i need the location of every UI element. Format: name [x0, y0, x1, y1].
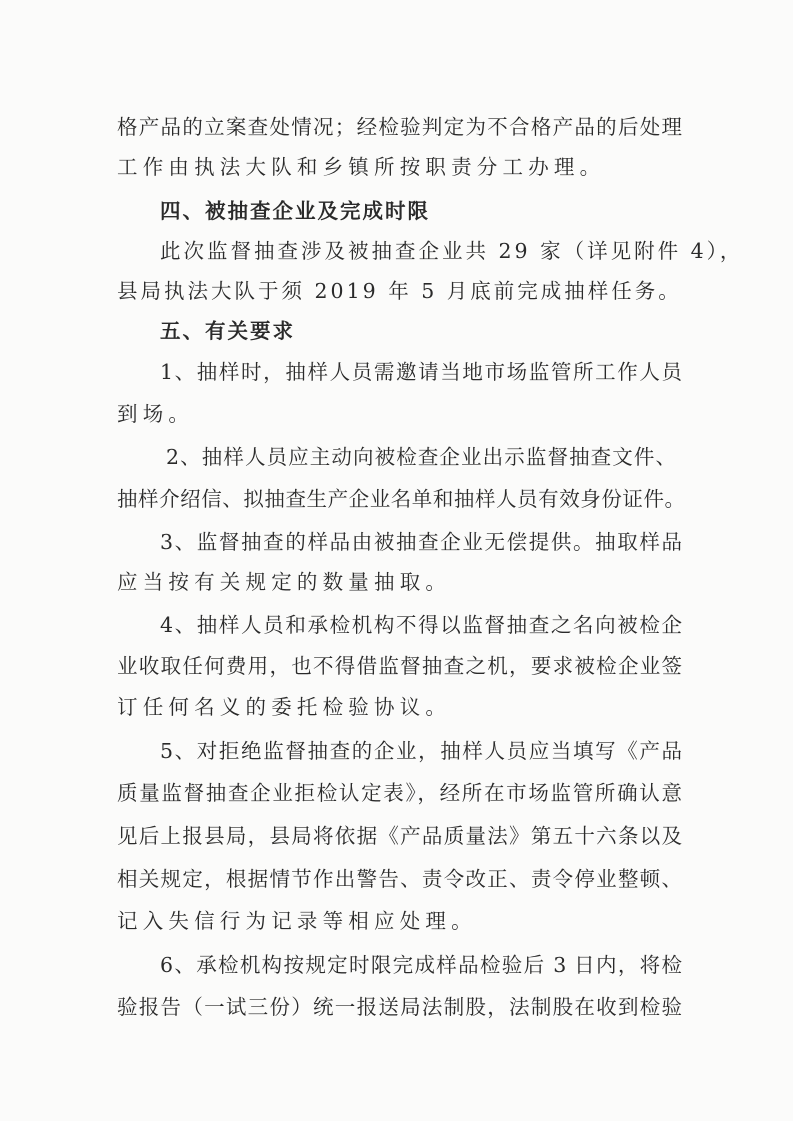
requirement-2: 2、抽样人员应主动向被检查企业出示监督抽查文件、: [166, 442, 676, 472]
paragraph-line: 此次监督抽查涉及被抽查企业共 29 家（详见附件 4），: [160, 236, 725, 266]
requirement-6: 6、承检机构按规定时限完成样品检验后 3 日内，将检: [160, 950, 682, 980]
requirement-4: 4、抽样人员和承检机构不得以监督抽查之名向被检企: [160, 610, 682, 640]
paragraph-line: 记入失信行为记录等相应处理。: [117, 906, 682, 936]
paragraph-line: 见后上报县局，县局将依据《产品质量法》第五十六条以及: [117, 821, 682, 851]
paragraph-line: 到场。: [117, 399, 682, 429]
requirement-5: 5、对拒绝监督抽查的企业，抽样人员应当填写《产品: [160, 736, 682, 766]
paragraph-line: 应当按有关规定的数量抽取。: [117, 567, 682, 597]
paragraph-line: 县局执法大队于须 2019 年 5 月底前完成抽样任务。: [117, 276, 682, 306]
requirement-3: 3、监督抽查的样品由被抽查企业无偿提供。抽取样品: [160, 527, 682, 557]
paragraph-line: 验报告（一试三份）统一报送局法制股，法制股在收到检验: [117, 992, 682, 1022]
section-heading-5: 五、有关要求: [160, 316, 725, 346]
section-heading-4: 四、被抽查企业及完成时限: [160, 196, 725, 226]
paragraph-line: 工作由执法大队和乡镇所按职责分工办理。: [117, 152, 682, 182]
paragraph-line: 相关规定，根据情节作出警告、责令改正、责令停业整顿、: [117, 864, 682, 894]
paragraph-line: 订任何名义的委托检验协议。: [117, 692, 682, 722]
document-page: 格产品的立案查处情况；经检验判定为不合格产品的后处理 工作由执法大队和乡镇所按职…: [0, 0, 793, 1121]
paragraph-line: 质量监督抽查企业拒检认定表》，经所在市场监管所确认意: [117, 778, 682, 808]
paragraph-line: 格产品的立案查处情况；经检验判定为不合格产品的后处理: [117, 112, 682, 142]
paragraph-line: 抽样介绍信、拟抽查生产企业名单和抽样人员有效身份证件。: [117, 484, 685, 514]
paragraph-line: 业收取任何费用，也不得借监督抽查之机，要求被检企业签: [117, 651, 682, 681]
requirement-1: 1、抽样时，抽样人员需邀请当地市场监管所工作人员: [160, 357, 682, 387]
